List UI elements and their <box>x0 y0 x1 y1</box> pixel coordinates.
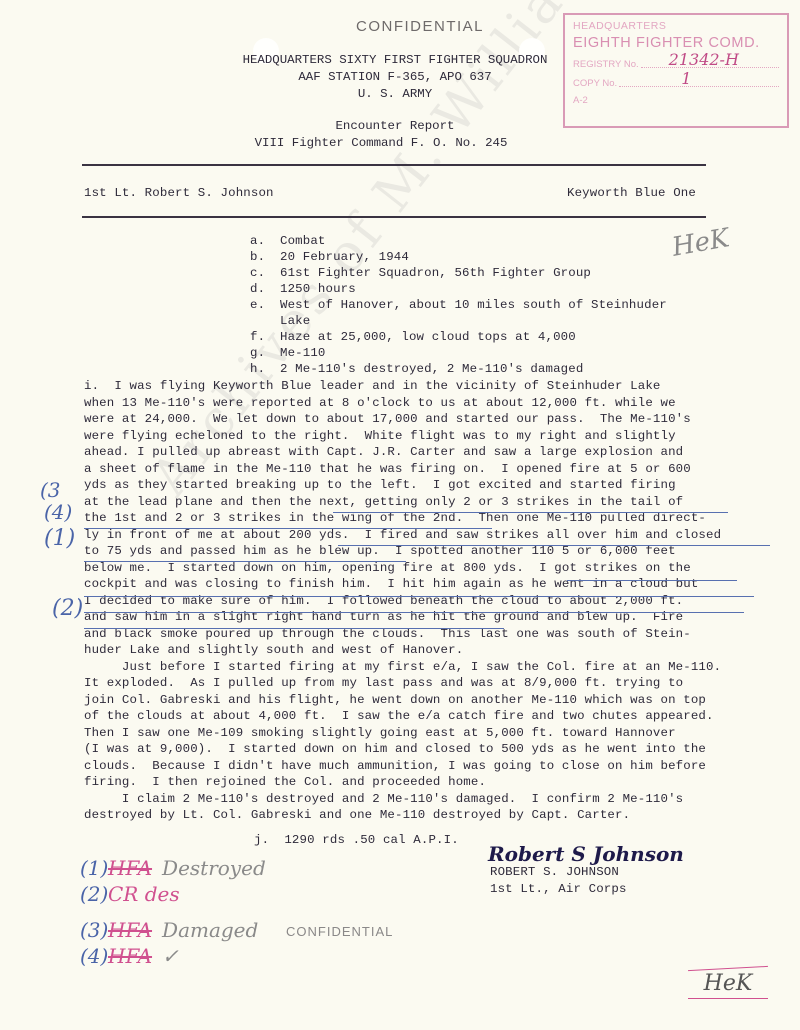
signatory-name: ROBERT S. JOHNSON <box>490 864 619 880</box>
narrative: i. I was flying Keyworth Blue leader and… <box>84 378 721 824</box>
margin-mark-2: (2) <box>52 596 83 621</box>
pen-underline <box>84 528 492 529</box>
annotation-number: (3) <box>80 918 108 942</box>
report-item: a.Combat <box>250 233 667 249</box>
callsign: Keyworth Blue One <box>567 185 696 201</box>
pen-underline <box>84 612 744 613</box>
item-letter: c. <box>250 265 280 281</box>
margin-mark-4: (4) <box>44 500 72 524</box>
annotation-note: Damaged <box>162 918 258 942</box>
report-item: d.1250 hours <box>250 281 667 297</box>
item-letter: a. <box>250 233 280 249</box>
pen-underline <box>84 561 406 562</box>
narrative-line: ahead. I pulled up abreast with Capt. J.… <box>84 444 721 461</box>
narrative-line: i. I was flying Keyworth Blue leader and… <box>84 378 721 395</box>
narrative-line: I decided to make sure of him. I followe… <box>84 593 721 610</box>
stamp-copy-row: COPY No. 1 <box>573 76 787 89</box>
item-text: Lake <box>280 313 310 329</box>
registry-stamp: HEADQUARTERS EIGHTH FIGHTER COMD. REGIST… <box>563 13 789 128</box>
stamp-headquarters: HEADQUARTERS <box>573 20 787 32</box>
item-text: Combat <box>280 233 326 249</box>
stamp-registry-value: 21342-H <box>669 50 739 69</box>
annotation-code: HFA <box>108 944 152 968</box>
margin-mark-3: (3 <box>40 478 61 502</box>
reviewer-initials-top: HeK <box>670 223 732 263</box>
report-items: a.Combatb.20 February, 1944c.61st Fighte… <box>250 233 667 377</box>
pen-underline <box>567 580 737 581</box>
stamp-code: A-2 <box>573 95 787 106</box>
narrative-line: when 13 Me-110's were reported at 8 o'cl… <box>84 395 721 412</box>
stamp-registry-label: REGISTRY No. <box>573 59 639 70</box>
report-reference: VIII Fighter Command F. O. No. 245 <box>0 135 776 152</box>
report-item: h.2 Me-110's destroyed, 2 Me-110's damag… <box>250 361 667 377</box>
item-letter: f. <box>250 329 280 345</box>
item-letter: d. <box>250 281 280 297</box>
item-text: 1250 hours <box>280 281 356 297</box>
margin-mark-1: (1) <box>44 526 75 551</box>
report-item: e.West of Hanover, about 10 miles south … <box>250 297 667 313</box>
pen-underline <box>84 596 754 597</box>
claim-annotation: (4)HFA✓ <box>80 944 179 968</box>
narrative-line: of the clouds at about 4,000 ft. I saw t… <box>84 708 721 725</box>
pen-underline <box>84 628 504 629</box>
annotation-note: ✓ <box>162 944 179 968</box>
pen-underline <box>338 545 770 546</box>
narrative-line: It exploded. As I pulled up from my last… <box>84 675 721 692</box>
annotation-code: CR des <box>108 882 180 906</box>
annotation-number: (4) <box>80 944 108 968</box>
narrative-line: destroyed by Lt. Col. Gabreski and one M… <box>84 807 721 824</box>
narrative-line: clouds. Because I didn't have much ammun… <box>84 758 721 775</box>
report-item: f.Haze at 25,000, low cloud tops at 4,00… <box>250 329 667 345</box>
report-item: g.Me-110 <box>250 345 667 361</box>
narrative-line: at the lead plane and then the next, get… <box>84 494 721 511</box>
item-letter: g. <box>250 345 280 361</box>
item-text: 20 February, 1944 <box>280 249 409 265</box>
signature: Robert S Johnson <box>488 842 684 866</box>
item-letter: e. <box>250 297 280 313</box>
claim-annotation: (3)HFADamaged <box>80 918 258 942</box>
annotation-number: (1) <box>80 856 108 880</box>
narrative-line: cockpit and was closing to finish him. I… <box>84 576 721 593</box>
item-text: 61st Fighter Squadron, 56th Fighter Grou… <box>280 265 591 281</box>
narrative-line: huder Lake and slightly south and west o… <box>84 642 721 659</box>
item-j-ammunition: j. 1290 rds .50 cal A.P.I. <box>254 832 459 848</box>
report-item: c.61st Fighter Squadron, 56th Fighter Gr… <box>250 265 667 281</box>
header-rule-bottom <box>82 216 706 218</box>
item-text: 2 Me-110's destroyed, 2 Me-110's damaged <box>280 361 583 377</box>
item-letter: b. <box>250 249 280 265</box>
item-text: Haze at 25,000, low cloud tops at 4,000 <box>280 329 576 345</box>
reviewer-initials-bottom: HeK <box>688 968 768 999</box>
claim-annotation: (2)CR des <box>80 882 190 906</box>
stamp-copy-value: 1 <box>681 69 691 88</box>
classification-bottom: CONFIDENTIAL <box>286 924 393 939</box>
stamp-registry-row: REGISTRY No. 21342-H <box>573 57 787 70</box>
narrative-line: Then I saw one Me-109 smoking slightly g… <box>84 725 721 742</box>
narrative-line: a sheet of flame in the Me-110 that he w… <box>84 461 721 478</box>
narrative-line: (I was at 9,000). I started down on him … <box>84 741 721 758</box>
stamp-copy-label: COPY No. <box>573 78 617 89</box>
item-letter <box>250 313 280 329</box>
narrative-line: Just before I started firing at my first… <box>84 659 721 676</box>
narrative-line: were at 24,000. We let down to about 17,… <box>84 411 721 428</box>
annotation-note: Destroyed <box>162 856 266 880</box>
signatory-rank: 1st Lt., Air Corps <box>490 881 627 897</box>
report-item: Lake <box>250 313 667 329</box>
header-rule-top <box>82 164 706 166</box>
narrative-line: yds as they started breaking up to the l… <box>84 477 721 494</box>
narrative-line: I claim 2 Me-110's destroyed and 2 Me-11… <box>84 791 721 808</box>
annotation-code: HFA <box>108 856 152 880</box>
claim-annotation: (1)HFADestroyed <box>80 856 266 880</box>
annotation-number: (2) <box>80 882 108 906</box>
pilot-name: 1st Lt. Robert S. Johnson <box>84 185 274 201</box>
item-letter: h. <box>250 361 280 377</box>
narrative-line: were flying echeloned to the right. Whit… <box>84 428 721 445</box>
annotation-code: HFA <box>108 918 152 942</box>
item-text: Me-110 <box>280 345 326 361</box>
pen-underline <box>333 512 728 513</box>
report-item: b.20 February, 1944 <box>250 249 667 265</box>
stamp-command: EIGHTH FIGHTER COMD. <box>573 35 787 51</box>
narrative-line: firing. I then rejoined the Col. and pro… <box>84 774 721 791</box>
narrative-line: join Col. Gabreski and his flight, he we… <box>84 692 721 709</box>
item-text: West of Hanover, about 10 miles south of… <box>280 297 667 313</box>
